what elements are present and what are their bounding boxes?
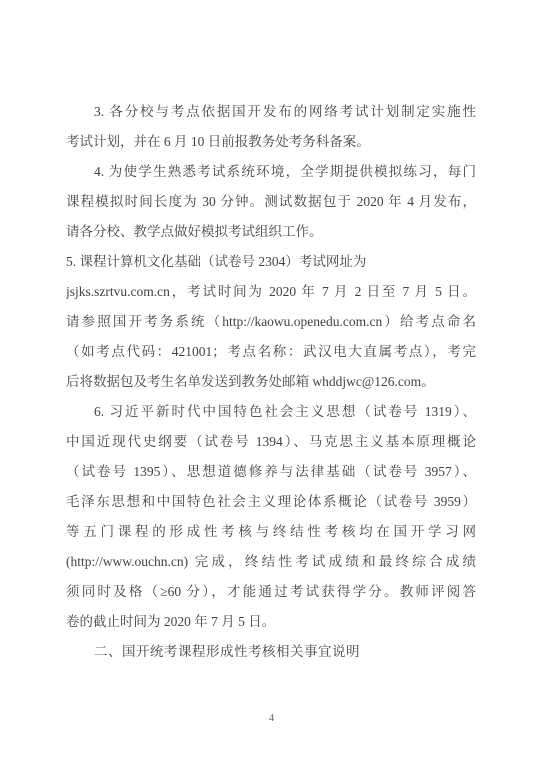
- text-line: （如考点代码：421001；考点名称：武汉电大直属考点），考完: [66, 337, 476, 367]
- document-page: 3. 各分校与考点依据国开发布的网络考试计划制定实施性考试计划，并在 6 月 1…: [0, 0, 543, 768]
- text-line: 5. 课程计算机文化基础（试卷号 2304）考试网址为: [66, 247, 476, 277]
- text-line: 请参照国开考务系统（http://kaowu.openedu.com.cn）给考…: [66, 307, 476, 337]
- text-line: jsjks.szrtvu.com.cn，考试时间为 2020 年 7 月 2 日…: [66, 277, 476, 307]
- text-line: 卷的截止时间为 2020 年 7 月 5 日。: [66, 607, 476, 637]
- section-heading: 二、国开统考课程形成性考核相关事宜说明: [66, 637, 476, 667]
- text-line: 等五门课程的形成性考核与终结性考核均在国开学习网: [66, 517, 476, 547]
- text-line: 须同时及格（≥60 分），才能通过考试获得学分。教师评阅答: [66, 577, 476, 607]
- text-line: 课程模拟时间长度为 30 分钟。测试数据包于 2020 年 4 月发布，: [66, 187, 476, 217]
- page-number: 4: [0, 708, 543, 728]
- text-line: (http://www.ouchn.cn) 完成，终结性考试成绩和最终综合成绩: [66, 547, 476, 577]
- text-line: 后将数据包及考生名单发送到教务处邮箱 whddjwc@126.com。: [66, 367, 476, 397]
- text-line: 中国近现代史纲要（试卷号 1394）、马克思主义基本原理概论: [66, 427, 476, 457]
- text-line: 6. 习近平新时代中国特色社会主义思想（试卷号 1319）、: [66, 397, 476, 427]
- text-line: 4. 为使学生熟悉考试系统环境，全学期提供模拟练习，每门: [66, 157, 476, 187]
- text-line: 请各分校、教学点做好模拟考试组织工作。: [66, 217, 476, 247]
- document-body: 3. 各分校与考点依据国开发布的网络考试计划制定实施性考试计划，并在 6 月 1…: [66, 97, 476, 667]
- text-line: 毛泽东思想和中国特色社会主义理论体系概论（试卷号 3959）: [66, 487, 476, 517]
- text-line: （试卷号 1395）、思想道德修养与法律基础（试卷号 3957）、: [66, 457, 476, 487]
- text-line: 考试计划，并在 6 月 10 日前报教务处考务科备案。: [66, 127, 476, 157]
- text-line: 3. 各分校与考点依据国开发布的网络考试计划制定实施性: [66, 97, 476, 127]
